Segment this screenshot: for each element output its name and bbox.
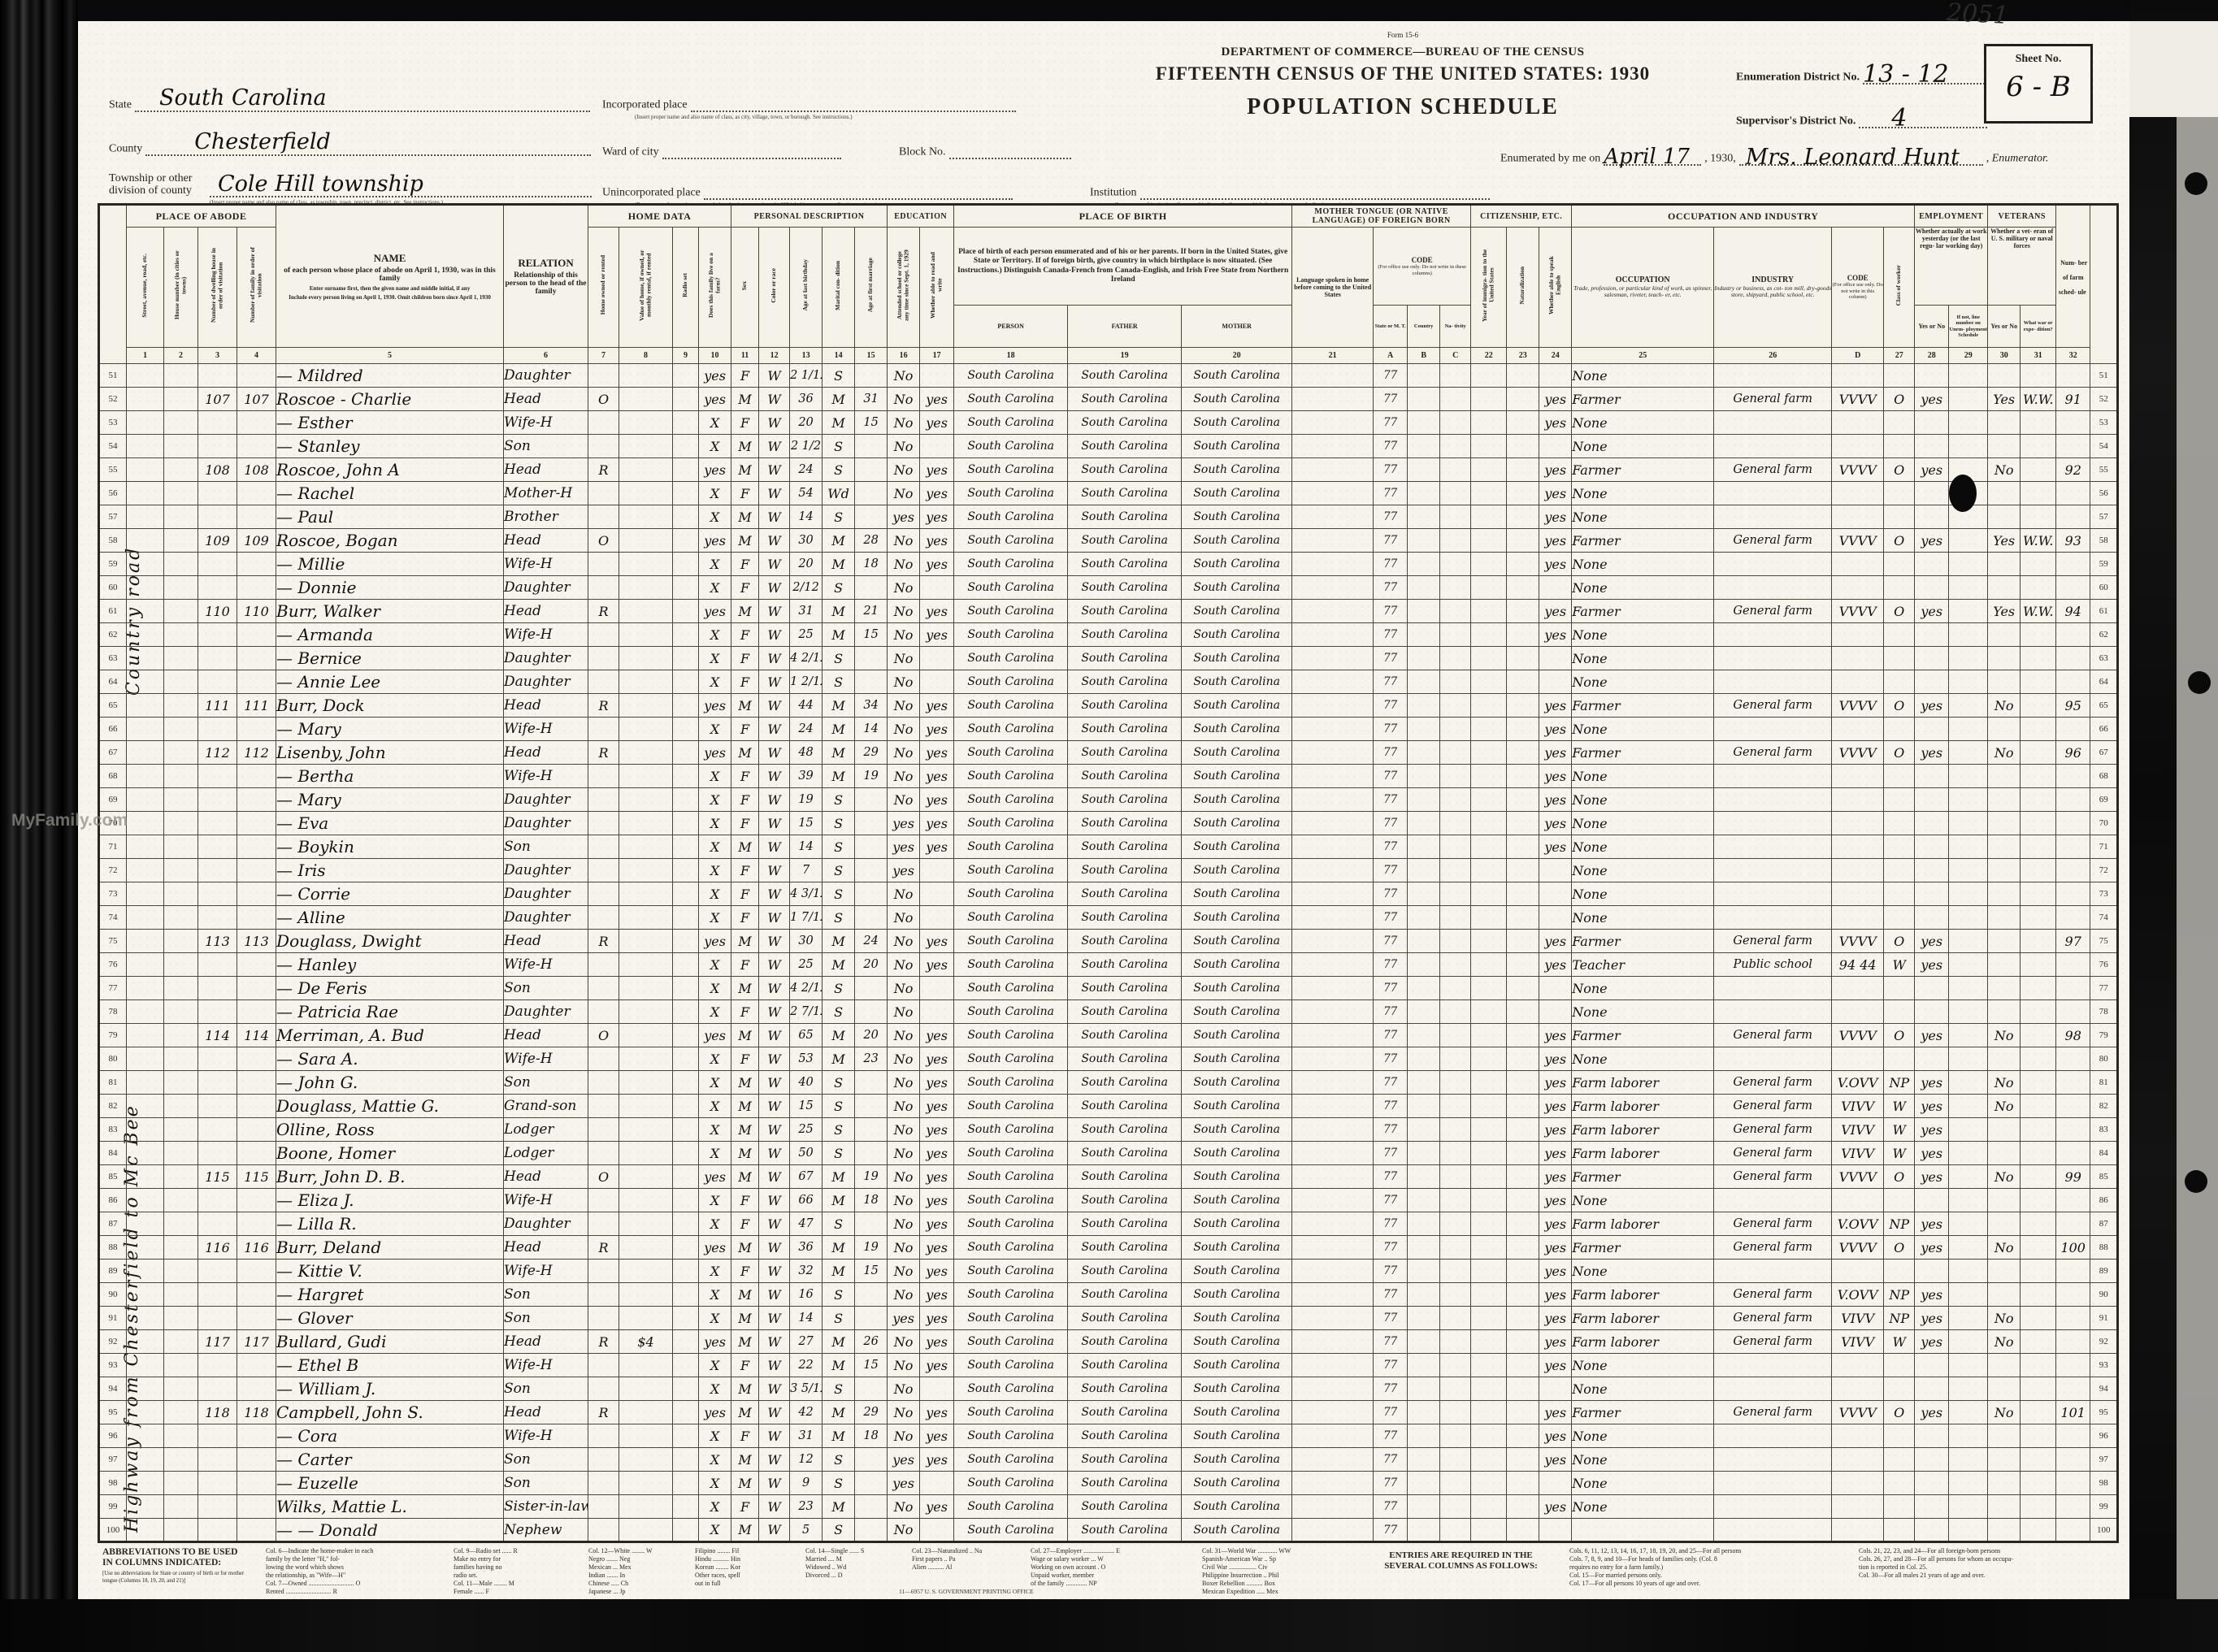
cell-vet	[1988, 718, 2021, 741]
cell-sex: M	[731, 1307, 759, 1330]
cell-lnr: 67	[2090, 741, 2118, 765]
cell-bm: South Carolina	[1182, 1472, 1292, 1495]
cell-imm	[1471, 812, 1507, 835]
cell-lnr: 69	[2090, 788, 2118, 812]
cell-race: W	[759, 1118, 790, 1142]
cell-house	[164, 953, 198, 977]
cell-house	[164, 1189, 198, 1212]
cell-age: 23	[790, 1495, 823, 1519]
cell-nat	[1507, 1047, 1539, 1071]
cell-val	[619, 1236, 673, 1260]
cell-nat	[1507, 1236, 1539, 1260]
table-row: 51— MildredDaughteryesFW2 1/12SNoSouth C…	[99, 364, 2118, 388]
cell-occ: Farmer	[1572, 741, 1714, 765]
cell-rw: yes	[920, 835, 954, 859]
cell-cC	[1440, 977, 1471, 1000]
cell-own: R	[588, 1330, 619, 1354]
cell-unemp	[1949, 647, 1988, 670]
cell-ln: 82	[99, 1095, 127, 1118]
cell-own	[588, 835, 619, 859]
cell-ocd: VIVV	[1832, 1330, 1884, 1354]
cell-vet	[1988, 411, 2021, 435]
cell-eng: yes	[1539, 1071, 1572, 1095]
cell-lang	[1292, 1424, 1374, 1448]
cell-nat	[1507, 529, 1539, 553]
cell-occ: None	[1572, 977, 1714, 1000]
cell-rel: Grand-son	[504, 1095, 588, 1118]
cell-radio	[673, 1095, 699, 1118]
cell-fsch	[2056, 859, 2090, 882]
cell-sch: No	[888, 1165, 920, 1189]
cell-emp: yes	[1915, 1118, 1949, 1142]
cell-emp: yes	[1915, 1071, 1949, 1095]
col-header-code-b: Country	[1408, 306, 1440, 348]
cell-emp	[1915, 1448, 1949, 1472]
cell-fsch: 96	[2056, 741, 2090, 765]
cell-cB	[1408, 553, 1440, 576]
cell-imm	[1471, 1424, 1507, 1448]
table-row: 86— Eliza J.Wife-HXFW66M18NoyesSouth Car…	[99, 1189, 2118, 1212]
cell-rw: yes	[920, 1212, 954, 1236]
cell-street	[127, 1071, 164, 1095]
cell-cA: 77	[1374, 1142, 1408, 1165]
cell-eng	[1539, 576, 1572, 600]
cell-rel: Son	[504, 835, 588, 859]
cell-cA: 77	[1374, 1189, 1408, 1212]
cell-age: 50	[790, 1142, 823, 1165]
cell-agm: 29	[855, 741, 888, 765]
enumerated-line: Enumerated by me on April 17 , 1930, Mrs…	[1500, 150, 2048, 166]
cell-agm: 14	[855, 718, 888, 741]
cell-name: — Glover	[276, 1307, 504, 1330]
cell-dw	[198, 364, 237, 388]
cell-war	[2021, 1118, 2056, 1142]
cell-eng: yes	[1539, 1236, 1572, 1260]
cell-bp: South Carolina	[954, 435, 1068, 458]
cell-val	[619, 647, 673, 670]
cell-name: Bullard, Gudi	[276, 1330, 504, 1354]
cell-rel: Son	[504, 1283, 588, 1307]
cell-ln: 60	[99, 576, 127, 600]
cell-vet: No	[1988, 458, 2021, 482]
cell-name: — Millie	[276, 553, 504, 576]
county-field: County Chesterfield	[109, 140, 591, 156]
cell-ln: 56	[99, 482, 127, 505]
cell-house	[164, 505, 198, 529]
cell-occ: None	[1572, 411, 1714, 435]
cell-bf: South Carolina	[1068, 930, 1182, 953]
cell-lang	[1292, 1330, 1374, 1354]
cell-war	[2021, 1095, 2056, 1118]
cell-radio	[673, 1519, 699, 1542]
cell-bp: South Carolina	[954, 364, 1068, 388]
table-row: 79114114Merriman, A. BudHeadOyesMW65M20N…	[99, 1024, 2118, 1047]
cell-eng	[1539, 882, 1572, 906]
cell-war	[2021, 765, 2056, 788]
cell-own	[588, 1519, 619, 1542]
table-row: 98— EuzelleSonXMW9SyesSouth CarolinaSout…	[99, 1472, 2118, 1495]
cell-fam: 109	[237, 529, 276, 553]
cell-val	[619, 388, 673, 411]
cell-ln: 51	[99, 364, 127, 388]
cell-cls: W	[1884, 1330, 1915, 1354]
cell-cC	[1440, 576, 1471, 600]
cell-val	[619, 576, 673, 600]
column-number-10: 10	[699, 348, 731, 364]
cell-rel: Head	[504, 741, 588, 765]
cell-val	[619, 1307, 673, 1330]
supervisor-district-label: Supervisor's District No.	[1736, 115, 1856, 128]
cell-sch: No	[888, 1260, 920, 1283]
cell-cA: 77	[1374, 882, 1408, 906]
cell-ocd: VVVV	[1832, 388, 1884, 411]
cell-race: W	[759, 1165, 790, 1189]
cell-farm: X	[699, 1377, 731, 1401]
cell-cC	[1440, 1024, 1471, 1047]
cell-lang	[1292, 835, 1374, 859]
table-row: 92117117Bullard, GudiHeadR$4yesMW27M26No…	[99, 1330, 2118, 1354]
cell-sch: No	[888, 1495, 920, 1519]
cell-cB	[1408, 835, 1440, 859]
cell-bp: South Carolina	[954, 812, 1068, 835]
cell-nat	[1507, 788, 1539, 812]
cell-occ: None	[1572, 882, 1714, 906]
cell-nat	[1507, 1212, 1539, 1236]
cell-name: — Hanley	[276, 953, 504, 977]
cell-bm: South Carolina	[1182, 977, 1292, 1000]
cell-lang	[1292, 1095, 1374, 1118]
cell-bp: South Carolina	[954, 977, 1068, 1000]
cell-mar: M	[823, 1236, 855, 1260]
cell-fsch	[2056, 1142, 2090, 1165]
cell-fsch	[2056, 718, 2090, 741]
cell-occ: None	[1572, 1448, 1714, 1472]
cell-nat	[1507, 1095, 1539, 1118]
col-header-radio-set: Radio set	[673, 228, 699, 348]
cell-ocd	[1832, 1047, 1884, 1071]
cell-name: — John G.	[276, 1071, 504, 1095]
cell-own	[588, 1142, 619, 1165]
cell-race: W	[759, 670, 790, 694]
cell-rel: Head	[504, 1236, 588, 1260]
cell-own	[588, 1424, 619, 1448]
table-row: 95118118Campbell, John S.HeadRyesMW42M29…	[99, 1401, 2118, 1424]
cell-eng: yes	[1539, 1142, 1572, 1165]
cell-vet: No	[1988, 741, 2021, 765]
cell-lnr: 75	[2090, 930, 2118, 953]
cell-vet	[1988, 859, 2021, 882]
cell-lang	[1292, 670, 1374, 694]
cell-rw: yes	[920, 458, 954, 482]
cell-dw	[198, 435, 237, 458]
cell-street	[127, 1095, 164, 1118]
cell-dw	[198, 505, 237, 529]
cell-bm: South Carolina	[1182, 1142, 1292, 1165]
census-form-page: Form 15-6 DEPARTMENT OF COMMERCE—BUREAU …	[78, 21, 2129, 1601]
cell-ind	[1714, 1377, 1832, 1401]
cell-race: W	[759, 812, 790, 835]
cell-dw: 110	[198, 600, 237, 623]
cell-street	[127, 553, 164, 576]
col-header-occ-code: CODE (For office use only. Do not write …	[1832, 228, 1884, 348]
cell-cB	[1408, 1330, 1440, 1354]
cell-race: W	[759, 482, 790, 505]
cell-sex: F	[731, 1212, 759, 1236]
table-row: 76— HanleyWife-HXFW25M20NoyesSouth Carol…	[99, 953, 2118, 977]
cell-vet	[1988, 670, 2021, 694]
cell-ocd	[1832, 670, 1884, 694]
cell-unemp	[1949, 529, 1988, 553]
cell-val	[619, 765, 673, 788]
cell-bm: South Carolina	[1182, 458, 1292, 482]
cell-cls	[1884, 623, 1915, 647]
cell-imm	[1471, 1095, 1507, 1118]
cell-val	[619, 529, 673, 553]
cell-name: — Annie Lee	[276, 670, 504, 694]
cell-farm: X	[699, 1189, 731, 1212]
cell-mar: S	[823, 1000, 855, 1024]
column-number-2: 2	[164, 348, 198, 364]
cell-eng: yes	[1539, 458, 1572, 482]
table-row: 85115115Burr, John D. B.HeadOyesMW67M19N…	[99, 1165, 2118, 1189]
cell-fam	[237, 1424, 276, 1448]
cell-age: 5	[790, 1519, 823, 1542]
cell-emp	[1915, 576, 1949, 600]
cell-house	[164, 835, 198, 859]
cell-sex: M	[731, 1401, 759, 1424]
col-header-age: Age at last birthday	[790, 228, 823, 348]
cell-val	[619, 1071, 673, 1095]
cell-vet: No	[1988, 1095, 2021, 1118]
column-number-1: 1	[127, 348, 164, 364]
cell-agm	[855, 906, 888, 930]
cell-dw: 108	[198, 458, 237, 482]
cell-occ	[1572, 1519, 1714, 1542]
cell-rw: yes	[920, 694, 954, 718]
cell-ln: 85	[99, 1165, 127, 1189]
cell-imm	[1471, 647, 1507, 670]
cell-fam: 107	[237, 388, 276, 411]
cell-fam	[237, 1307, 276, 1330]
cell-rel: Wife-H	[504, 953, 588, 977]
table-row: 97— CarterSonXMW12SyesyesSouth CarolinaS…	[99, 1448, 2118, 1472]
cell-cls	[1884, 765, 1915, 788]
cell-own	[588, 1260, 619, 1283]
table-row: 58109109Roscoe, BoganHeadOyesMW30M28Noye…	[99, 529, 2118, 553]
cell-own	[588, 1448, 619, 1472]
cell-nat	[1507, 364, 1539, 388]
cell-bf: South Carolina	[1068, 1519, 1182, 1542]
cell-cB	[1408, 482, 1440, 505]
cell-race: W	[759, 953, 790, 977]
cell-cA: 77	[1374, 1307, 1408, 1330]
cell-own	[588, 647, 619, 670]
cell-ind: General farm	[1714, 388, 1832, 411]
cell-fsch	[2056, 1448, 2090, 1472]
cell-cC	[1440, 859, 1471, 882]
cell-eng	[1539, 977, 1572, 1000]
cell-occ: None	[1572, 435, 1714, 458]
cell-lnr: 62	[2090, 623, 2118, 647]
cell-unemp	[1949, 1024, 1988, 1047]
cell-fsch	[2056, 812, 2090, 835]
cell-cA: 77	[1374, 505, 1408, 529]
cell-vet	[1988, 1424, 2021, 1448]
cell-war	[2021, 364, 2056, 388]
cell-cB	[1408, 1165, 1440, 1189]
cell-mar: S	[823, 788, 855, 812]
cell-cB	[1408, 1448, 1440, 1472]
cell-sch: No	[888, 576, 920, 600]
cell-race: W	[759, 1071, 790, 1095]
cell-war	[2021, 977, 2056, 1000]
cell-cC	[1440, 1095, 1471, 1118]
cell-cA: 77	[1374, 741, 1408, 765]
cell-agm	[855, 458, 888, 482]
cell-race: W	[759, 1260, 790, 1283]
cell-house	[164, 623, 198, 647]
cell-rw: yes	[920, 1189, 954, 1212]
cell-cls	[1884, 670, 1915, 694]
cell-nat	[1507, 1283, 1539, 1307]
cell-own	[588, 435, 619, 458]
cell-street	[127, 1377, 164, 1401]
cell-war	[2021, 1377, 2056, 1401]
cell-radio	[673, 1000, 699, 1024]
cell-vet	[1988, 482, 2021, 505]
cell-val	[619, 670, 673, 694]
cell-bf: South Carolina	[1068, 1047, 1182, 1071]
cell-war	[2021, 1000, 2056, 1024]
cell-house	[164, 553, 198, 576]
cell-cA: 77	[1374, 812, 1408, 835]
cell-unemp	[1949, 1000, 1988, 1024]
sheet-number-box: Sheet No. 6 - B	[1984, 44, 2093, 124]
cell-nat	[1507, 670, 1539, 694]
cell-nat	[1507, 482, 1539, 505]
col-header-employment-desc: Whether actually at work yesterday (or t…	[1915, 228, 1988, 306]
cell-ind	[1714, 1260, 1832, 1283]
cell-house	[164, 765, 198, 788]
cell-nat	[1507, 458, 1539, 482]
cell-ind	[1714, 906, 1832, 930]
cell-name: — Armanda	[276, 623, 504, 647]
cell-bf: South Carolina	[1068, 505, 1182, 529]
cell-cA: 77	[1374, 458, 1408, 482]
cell-fsch: 91	[2056, 388, 2090, 411]
cell-bm: South Carolina	[1182, 435, 1292, 458]
cell-unemp	[1949, 1095, 1988, 1118]
cell-emp: yes	[1915, 600, 1949, 623]
table-row: 56— RachelMother-HXFW54WdNoyesSouth Caro…	[99, 482, 2118, 505]
supervisor-district-field: Supervisor's District No. 4	[1736, 112, 1987, 128]
cell-war	[2021, 1495, 2056, 1519]
cell-fsch	[2056, 576, 2090, 600]
cell-name: — Mary	[276, 718, 504, 741]
col-header-farm-schedule: Num- ber of farm sched- ule	[2056, 205, 2090, 348]
cell-lang	[1292, 1142, 1374, 1165]
cell-age: 2 7/12	[790, 1000, 823, 1024]
cell-ind: General farm	[1714, 1212, 1832, 1236]
cell-bm: South Carolina	[1182, 505, 1292, 529]
cell-fsch: 100	[2056, 1236, 2090, 1260]
cell-house	[164, 1024, 198, 1047]
cell-agm	[855, 1472, 888, 1495]
cell-emp: yes	[1915, 458, 1949, 482]
cell-war	[2021, 1307, 2056, 1330]
cell-cA: 77	[1374, 1448, 1408, 1472]
cell-cC	[1440, 1212, 1471, 1236]
cell-cB	[1408, 859, 1440, 882]
cell-eng: yes	[1539, 788, 1572, 812]
cell-ocd	[1832, 364, 1884, 388]
cell-lang	[1292, 411, 1374, 435]
cell-agm: 15	[855, 623, 888, 647]
cell-ln: 52	[99, 388, 127, 411]
cell-house	[164, 788, 198, 812]
table-row: 64— Annie LeeDaughterXFW1 2/12SNoSouth C…	[99, 670, 2118, 694]
table-row: 57— PaulBrotherXMW14SyesyesSouth Carolin…	[99, 505, 2118, 529]
cell-cA: 77	[1374, 553, 1408, 576]
cell-nat	[1507, 1330, 1539, 1354]
cell-war	[2021, 1071, 2056, 1095]
cell-vet	[1988, 1260, 2021, 1283]
cell-house	[164, 882, 198, 906]
cell-cC	[1440, 882, 1471, 906]
cell-house	[164, 364, 198, 388]
cell-occ: Farm laborer	[1572, 1142, 1714, 1165]
cell-fam	[237, 859, 276, 882]
printing-office-imprint: 11—6957 U. S. GOVERNMENT PRINTING OFFICE	[899, 1588, 1034, 1595]
cell-fam	[237, 882, 276, 906]
cell-ind: General farm	[1714, 1307, 1832, 1330]
cell-farm: X	[699, 1071, 731, 1095]
cell-cls: O	[1884, 1236, 1915, 1260]
cell-cC	[1440, 1047, 1471, 1071]
cell-sex: M	[731, 1095, 759, 1118]
cell-own	[588, 553, 619, 576]
enumeration-district-field: Enumeration District No. 13 - 12	[1736, 68, 2001, 85]
cell-nat	[1507, 1472, 1539, 1495]
cell-mar: M	[823, 765, 855, 788]
cell-sch: No	[888, 1212, 920, 1236]
cell-val	[619, 364, 673, 388]
cell-cC	[1440, 788, 1471, 812]
cell-imm	[1471, 859, 1507, 882]
cell-ind	[1714, 1354, 1832, 1377]
cell-cB	[1408, 1024, 1440, 1047]
cell-age: 48	[790, 741, 823, 765]
cell-lang	[1292, 623, 1374, 647]
cell-farm: yes	[699, 741, 731, 765]
cell-occ: None	[1572, 623, 1714, 647]
cell-cB	[1408, 741, 1440, 765]
cell-sch: No	[888, 647, 920, 670]
cell-age: 47	[790, 1212, 823, 1236]
cell-cA: 77	[1374, 1283, 1408, 1307]
cell-ocd: VVVV	[1832, 458, 1884, 482]
cell-lang	[1292, 1307, 1374, 1330]
cell-ind	[1714, 765, 1832, 788]
cell-nat	[1507, 694, 1539, 718]
cell-cA: 77	[1374, 1047, 1408, 1071]
cell-unemp	[1949, 1495, 1988, 1519]
cell-rw: yes	[920, 1024, 954, 1047]
cell-nat	[1507, 765, 1539, 788]
cell-own: R	[588, 1401, 619, 1424]
cell-eng: yes	[1539, 1448, 1572, 1472]
cell-cB	[1408, 882, 1440, 906]
